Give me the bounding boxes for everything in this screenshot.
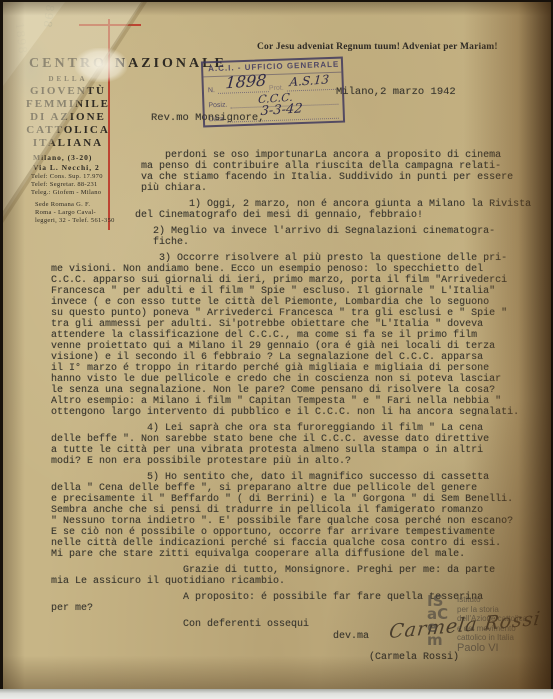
body-line: A proposito: é possibile far fare quella… (51, 592, 551, 603)
paragraph-point-4: 4) Lei saprà che ora sta furoreggiando i… (51, 423, 551, 467)
body-line: Altro esempio: a Milano i film " Capitan… (51, 396, 551, 407)
motto: Cor Jesu adveniat Regnum tuum! Adveniat … (257, 42, 537, 52)
paragraph-thanks: Grazie di tutto, Monsignore. Preghi per … (51, 565, 551, 587)
body-line: mia Le assicuro il quotidiano ricambio. (51, 576, 551, 587)
body-line: Sembra anche che si pensi di tradurre in… (51, 505, 551, 516)
body-line: 3) Occorre risolvere al più presto la qu… (51, 253, 551, 264)
body-line: e precisamente il " Beffardo " ( di Berr… (51, 494, 551, 505)
bleed-through-number: 1898 (41, 2, 58, 29)
letter-body: perdoni se oso importunarLa ancora a pro… (51, 150, 551, 630)
body-line: 5) Ho sentito che, dato il magnifico suc… (51, 472, 551, 483)
body-line: modi? E non era possibile protestare più… (51, 456, 551, 467)
stamp-n-value-handwritten: 1898 (225, 70, 267, 92)
body-line: 1) Oggi, 2 marzo, non é ancora giunta a … (51, 199, 551, 210)
stamp-data-value-handwritten: 3-3-42 (260, 101, 303, 119)
paragraph-point-5: 5) Ho sentito che, dato il magnifico suc… (51, 472, 551, 560)
body-line: a tutte le città per una vibrata protest… (51, 445, 551, 456)
bleed-through-number: 1898 (13, 22, 30, 55)
body-line: C.C.C. apparso sui giornali di ieri, pri… (51, 275, 551, 286)
body-line: perdoni se oso importunarLa ancora a pro… (51, 150, 551, 161)
paragraph-postscript: A proposito: é possibile far fare quella… (51, 592, 551, 614)
body-line: ma penso di contribuire alla riuscita de… (51, 161, 551, 172)
dateline: Milano,2 marzo 1942 (336, 86, 456, 98)
scanner-bed (0, 689, 553, 699)
body-line: venne proiettato qui a Milano il 29 genn… (51, 341, 551, 352)
letterhead-org-line: GIOVENTÙ (23, 85, 113, 98)
stamp-prot-value-handwritten: A.S.13 (289, 72, 329, 89)
body-line: 4) Lei saprà che ora sta furoreggiando i… (51, 423, 551, 434)
letterhead-org-line: CATTOLICA (23, 124, 113, 137)
red-cross-horizontal (79, 24, 141, 26)
body-line: nelle città delle indicazioni perché si … (51, 538, 551, 549)
archive-watermark-line: Paolo VI (457, 644, 551, 654)
body-line: il I° marzo é troppo in ritardo perché g… (51, 363, 551, 374)
body-line: invece ( e con esso tutte le città del P… (51, 297, 551, 308)
paragraph-intro: perdoni se oso importunarLa ancora a pro… (51, 150, 551, 194)
paragraph-point-1: 1) Oggi, 2 marzo, non é ancora giunta a … (51, 199, 551, 221)
letterhead-org-line: ITALIANA (23, 137, 113, 150)
signature-typed-name: (Carmela Rossi) (369, 652, 459, 663)
body-line: su questo punto) poneva " Arrivederci Fr… (51, 308, 551, 319)
body-line: Grazie di tutto, Monsignore. Preghi per … (51, 565, 551, 576)
body-line: va che stiamo facendo in Italia. Suddivi… (51, 172, 551, 183)
body-line: più chiara. (51, 183, 551, 194)
body-line: Mi pare che stare zitti equivalga cooper… (51, 549, 551, 560)
body-line: visione) e il secondo il 6 febbraio ? La… (51, 352, 551, 363)
body-line: Francesca " per adulti e il film " Spie … (51, 286, 551, 297)
body-line: della " Cena delle beffe ", si preparano… (51, 483, 551, 494)
body-line: tra gli ammessi per adulti. Si'potrebbe … (51, 319, 551, 330)
letterhead-della: DELLA (27, 75, 109, 83)
paragraph-point-2: 2) Meglio va invece l'arrivo di Segnalaz… (51, 226, 551, 248)
signature-devma: dev.ma (333, 631, 369, 642)
body-line: hanno visto le due pellicole e credo che… (51, 374, 551, 385)
body-line: delle beffe ". Non sarebbe stato bene ch… (51, 434, 551, 445)
letterhead-title-centro: CENTRO (27, 56, 109, 72)
paragraph-point-3: 3) Occorre risolvere al più presto la qu… (51, 253, 551, 418)
body-line: me visioni. Non andiamo bene. Ecco un es… (51, 264, 551, 275)
body-line: 2) Meglio va invece l'arrivo di Segnalaz… (51, 226, 551, 237)
letterhead-org-line: FEMMINILE (23, 98, 113, 111)
letterhead-organization: GIOVENTÙFEMMINILEDI AZIONECATTOLICAITALI… (23, 85, 113, 150)
body-line: E se ciò non é possibile o opportuno, oc… (51, 527, 551, 538)
letterhead-org-line: DI AZIONE (23, 111, 113, 124)
letter-page: 1898 1898 CENTRO NAZIONALE DELLA GIOVENT… (3, 2, 551, 690)
body-line: attendere la classificazione del C.C.C.,… (51, 330, 551, 341)
salutation: Rev.mo Monsignore, (151, 112, 264, 124)
body-line: fiche. (51, 237, 551, 248)
body-line: del Cinematografo dei mesi di gennaio, f… (51, 210, 551, 221)
body-line: le senza una segnalazione. Non le pare? … (51, 385, 551, 396)
body-line: ottengono largo intervento di pubblico e… (51, 407, 551, 418)
body-line: " Nessuno torna indietro ". E' possibile… (51, 516, 551, 527)
scan-background: 1898 1898 CENTRO NAZIONALE DELLA GIOVENT… (0, 0, 553, 699)
